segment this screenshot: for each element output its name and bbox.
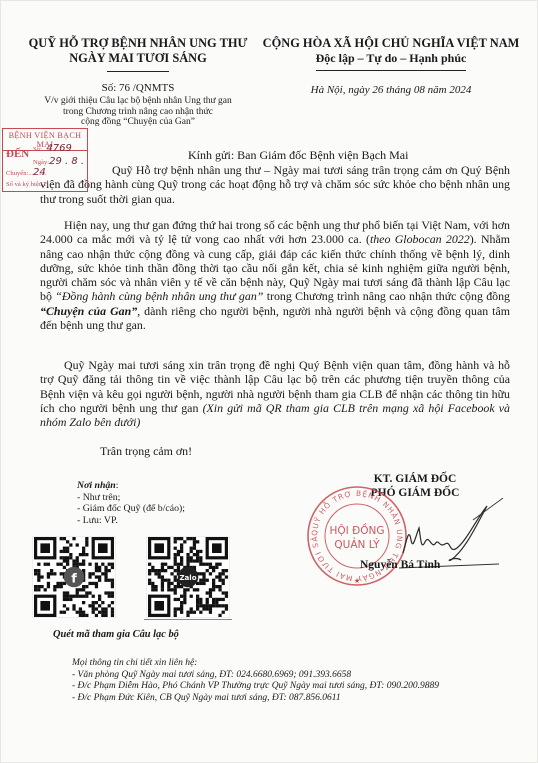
closing: Trân trọng cảm ơn! bbox=[100, 444, 192, 459]
svg-text:HỘI ĐỒNG: HỘI ĐỒNG bbox=[330, 523, 385, 537]
issuer-header: QUỸ HỖ TRỢ BỆNH NHÂN UNG THƯ NGÀY MAI TƯ… bbox=[22, 36, 254, 72]
place-date: Hà Nội, ngày 26 tháng 08 năm 2024 bbox=[256, 84, 526, 96]
paragraph-request: Quỹ Ngày mai tươi sáng xin trân trọng đề… bbox=[40, 358, 510, 429]
signer-name: Nguyễn Bá Tỉnh bbox=[360, 559, 440, 571]
club-name: “Đồng hành cùng bệnh nhân ung thư gan” bbox=[55, 289, 263, 303]
text-run: trong Chương trình nâng cao nhận thức cộ… bbox=[263, 289, 510, 303]
citation: theo Globocan 2022 bbox=[370, 232, 470, 246]
subject: V/v giới thiệu Câu lạc bộ bệnh nhân Ung … bbox=[22, 96, 254, 128]
stamp-kyhieu-label: Số và ký hiệu H bbox=[6, 181, 49, 188]
stamp-chuyen-label: Chuyển: bbox=[6, 170, 28, 177]
motto-divider bbox=[316, 70, 466, 71]
recipients: Nơi nhận: - Như trên; - Giám đốc Quỹ (để… bbox=[77, 480, 185, 526]
contact-info: Mọi thông tin chi tiết xin liên hệ: - Vă… bbox=[72, 658, 439, 704]
national-motto: Độc lập – Tự do – Hạnh phúc bbox=[256, 51, 526, 66]
document-number: Số: 76 /QNMTS bbox=[22, 82, 254, 94]
recipient-item: - Lưu: VP. bbox=[77, 515, 185, 527]
stamp-so-value: 4769 bbox=[46, 143, 71, 154]
stamp-den-label: ĐẾN bbox=[6, 148, 29, 160]
recipients-title: Nơi nhận bbox=[77, 480, 116, 491]
facebook-icon: f bbox=[71, 571, 77, 586]
qr-underline bbox=[144, 619, 232, 620]
official-seal-icon: QUỸ HỖ TRỢ BỆNH NHÂN UNG THƯ NGÀY MAI TƯ… bbox=[305, 484, 409, 588]
contact-line: - Văn phòng Quỹ Ngày mai tươi sáng, ĐT: … bbox=[72, 670, 439, 682]
issuer-name-line2: NGÀY MAI TƯƠI SÁNG bbox=[22, 51, 254, 66]
contact-title: Mọi thông tin chi tiết xin liên hệ: bbox=[72, 658, 439, 670]
contact-line: - Đ/c Phạm Đức Kiên, CB Quỹ Ngày mai tươ… bbox=[72, 693, 439, 705]
nation-title: CỘNG HÒA XÃ HỘI CHỦ NGHĨA VIỆT NAM bbox=[256, 36, 526, 51]
recipient-item: - Như trên; bbox=[77, 492, 185, 504]
recipient-item: - Giám đốc Quỹ (để b/cáo); bbox=[77, 503, 185, 515]
zalo-icon: Zalo bbox=[179, 573, 196, 582]
issuer-name-line1: QUỸ HỖ TRỢ BỆNH NHÂN UNG THƯ bbox=[22, 36, 254, 51]
qr-caption: Quét mã tham gia Câu lạc bộ bbox=[53, 629, 179, 640]
subject-line: trong Chương trình nâng cao nhận thức bbox=[22, 107, 254, 118]
subject-line: cộng đồng “Chuyện của Gan” bbox=[22, 117, 254, 128]
salutation: Kính gửi: Ban Giám đốc Bệnh viện Bạch Ma… bbox=[188, 148, 408, 163]
subject-line: V/v giới thiệu Câu lạc bộ bệnh nhân Ung … bbox=[22, 96, 254, 107]
program-name: “Chuyện của Gan” bbox=[40, 304, 137, 318]
svg-text:QUẢN LÝ: QUẢN LÝ bbox=[334, 537, 380, 551]
facebook-qr-code[interactable]: f bbox=[32, 536, 116, 618]
paragraph-thanks: Quỹ Hỗ trợ bệnh nhân ung thư – Ngày mai … bbox=[40, 163, 510, 206]
national-header: CỘNG HÒA XÃ HỘI CHỦ NGHĨA VIỆT NAM Độc l… bbox=[256, 36, 526, 71]
paragraph-introduction: Hiện nay, ung thư gan đứng thứ hai trong… bbox=[40, 218, 510, 332]
contact-line: - Đ/c Phạm Diễm Hào, Phó Chánh VP Thường… bbox=[72, 681, 439, 693]
stamp-ngay-label: Ngày: bbox=[33, 159, 49, 166]
header-divider bbox=[107, 71, 169, 72]
received-stamp: BỆNH VIỆN BẠCH MAI ĐẾN Số:....4769......… bbox=[2, 128, 88, 192]
stamp-so-label: Số: bbox=[33, 146, 42, 153]
svg-text:★: ★ bbox=[354, 577, 360, 585]
zalo-qr-code[interactable]: Zalo bbox=[146, 536, 230, 618]
